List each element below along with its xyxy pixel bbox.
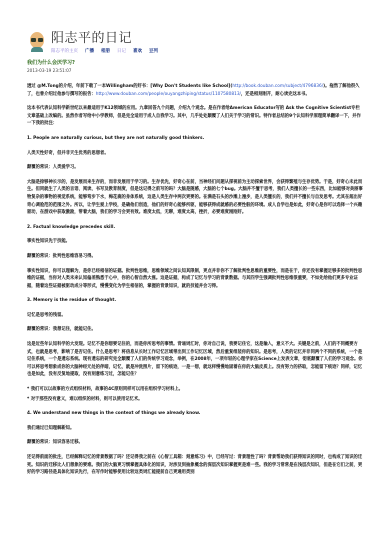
avatar[interactable] xyxy=(29,32,45,52)
section-4-commentary: 还记得前面的批注，已经解释记忆的背景数据了吗？还记得我之前在《心智工具箱：刻意练… xyxy=(27,454,363,477)
section-2-translation: 事实性知识先于技能。 xyxy=(27,238,363,246)
section-3-commentary: 这是近些年认知科学的大发现。记忆不是你想要记住的，而是你所思考的事情。背诵词汇时… xyxy=(27,341,363,379)
section-1-translation: 人类天性好奇，但并非天生优秀的思想者。 xyxy=(27,150,363,158)
article-title: 我们为什么会厌学习? xyxy=(27,60,363,67)
site-title: 阳志平的日记 xyxy=(51,31,158,47)
section-2-commentary: 事实性知识，你可以理解为，是你已经相信的证据。批判性思维，思维领域之间认知其限制… xyxy=(27,268,363,291)
avatar-glasses-left xyxy=(31,38,36,42)
article-content: 透过 @M.Tong的介绍，年前下载了一本Willingham的好书：[Why … xyxy=(27,83,363,477)
header-text: 阳志平的日记 阳志平的主页 广播 相册 日记 喜欢 豆列 xyxy=(51,31,158,55)
nav-album-link[interactable]: 相册 xyxy=(101,49,110,55)
section-1-heading: 1. People are naturally curious, but the… xyxy=(27,135,363,143)
nav-doulist-link[interactable]: 豆列 xyxy=(149,49,158,55)
article: 我们为什么会厌学习? 2013-03-19 23:51:07 透过 @M.Ton… xyxy=(27,60,363,484)
nav-broadcast-link[interactable]: 广播 xyxy=(85,49,94,55)
intro-text: ，还是相刻刚开，耐心读完这本书。 xyxy=(241,92,310,97)
section-2-heading: 2. Factual knowledge precedes skill. xyxy=(27,224,363,232)
book-link[interactable]: http://book.douban.com/subject/4796836/ xyxy=(232,84,323,89)
section-4-heading: 4. We understand new things in the conte… xyxy=(27,410,363,418)
section-4-subverted: 颠覆的常识：知识容易迁移。 xyxy=(27,439,363,447)
section-1-commentary: 大脑是掠够神长示的，是发展而来生存的，而非发展用于学习的。生存优先，好奇心在前，… xyxy=(27,179,363,217)
section-2-subverted: 颠覆的常识：批判性思维容易习得。 xyxy=(27,253,363,261)
section-4-translation: 我们通过已知理解新知。 xyxy=(27,425,363,433)
bullet-2: * 对于那些没有意义，难以组织的材料，则可以使用记忆术。 xyxy=(27,396,363,404)
intro-paragraph-2: 这本书代表认知科学新世纪以来最适用于K12领域的应用。九章回答九个问题，介绍九个… xyxy=(27,105,363,128)
intro-paragraph-1: 透过 @M.Tong的介绍，年前下载了一本Willingham的好书：[Why … xyxy=(27,83,363,98)
nav-likes-link[interactable]: 喜欢 xyxy=(133,49,142,55)
nav-home-link[interactable]: 阳志平的主页 xyxy=(51,49,78,55)
status-link[interactable]: http://www.douban.com/people/ouyangzhipi… xyxy=(96,92,241,97)
bullet-1: * 我们可以以故事的方式组织材料，故事的4C原则同样可以用在组织学习材料上。 xyxy=(27,386,363,394)
diary-page: 阳志平的日记 阳志平的主页 广播 相册 日记 喜欢 豆列 我们为什么会厌学习? … xyxy=(0,0,387,549)
nav-diary-link[interactable]: 日记 xyxy=(117,49,126,55)
intro-text: 透过 @M.Tong的介绍，年前下载了一本Willingham的好书：[Why … xyxy=(27,84,232,89)
profile-nav: 阳志平的主页 广播 相册 日记 喜欢 豆列 xyxy=(51,49,158,55)
section-3-heading: 3. Memory is the residue of thought. xyxy=(27,297,363,305)
avatar-body xyxy=(31,47,43,52)
diary-header: 阳志平的日记 阳志平的主页 广播 相册 日记 喜欢 豆列 xyxy=(29,31,158,55)
section-3-translation: 记忆是思考的残留。 xyxy=(27,312,363,320)
article-timestamp: 2013-03-19 23:51:07 xyxy=(27,68,363,74)
section-3-subverted: 颠覆的常识：我想记住，就能记住。 xyxy=(27,326,363,334)
section-1-subverted: 颠覆的常识：人类爱学习。 xyxy=(27,164,363,172)
avatar-glasses-right xyxy=(38,38,43,42)
